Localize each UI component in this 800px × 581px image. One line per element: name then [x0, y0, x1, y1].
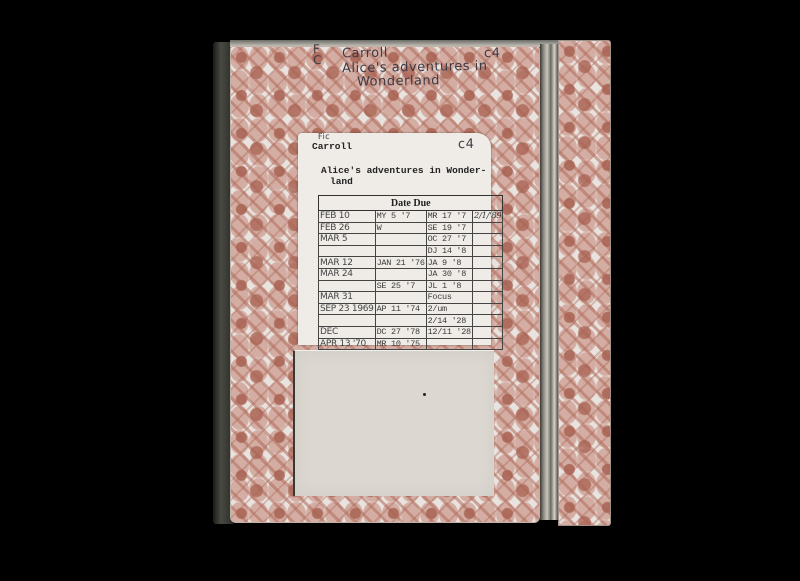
date-cell — [472, 315, 503, 327]
date-cell — [472, 222, 503, 234]
date-cell: SE 25 '7 — [375, 280, 426, 292]
date-cell — [472, 326, 503, 338]
date-due-header: Date Due — [319, 196, 503, 211]
date-cell: JA 30 '8 — [426, 268, 472, 280]
table-row: MAR 12JAN 21 '76JA 9 '8 — [319, 257, 503, 269]
inscription-call-number: c4 — [484, 46, 501, 61]
date-cell: FEB 10 — [319, 211, 376, 223]
date-cell — [472, 303, 503, 315]
date-cell — [375, 234, 426, 246]
table-row: FEB 26WSE 19 '7 — [319, 222, 503, 234]
date-cell: MAR 24 — [319, 268, 376, 280]
date-cell: 2/um — [426, 303, 472, 315]
card-title-line1: Alice's adventures in Wonder- — [321, 165, 486, 176]
table-row: FEB 10MY 5 '7MR 17 '72/1/'89 — [319, 211, 503, 223]
card-annotation: Fic — [318, 132, 330, 141]
date-cell: DJ 14 '8 — [426, 245, 472, 257]
date-cell: 2/14 '28 — [426, 315, 472, 327]
date-cell: W — [375, 222, 426, 234]
card-author: Carroll — [312, 141, 352, 152]
date-cell — [319, 280, 376, 292]
date-cell — [375, 245, 426, 257]
date-cell: 2/1/'89 — [472, 211, 503, 223]
table-row: MAR 5OC 27 '7 — [319, 234, 503, 246]
date-cell: MAR 31 — [319, 292, 376, 304]
date-cell — [472, 245, 503, 257]
date-due-table: Date Due FEB 10MY 5 '7MR 17 '72/1/'89 FE… — [318, 195, 503, 350]
date-cell: MAR 12 — [319, 257, 376, 269]
table-row: SE 25 '7JL 1 '8 — [319, 280, 503, 292]
ink-speck — [423, 393, 426, 396]
date-cell: AP 11 '74 — [375, 303, 426, 315]
date-cell: OC 27 '7 — [426, 234, 472, 246]
table-row: SEP 23 1969AP 11 '742/um — [319, 303, 503, 315]
date-cell: SEP 23 1969 — [319, 303, 376, 315]
date-cell — [472, 234, 503, 246]
date-cell — [375, 292, 426, 304]
date-cell: MAR 5 — [319, 234, 376, 246]
table-row: DJ 14 '8 — [319, 245, 503, 257]
date-cell: MR 10 '75 — [375, 338, 426, 350]
date-cell: APR 13 '70 — [319, 338, 376, 350]
table-row: MAR 31Focus — [319, 292, 503, 304]
inscription-author: Carroll — [342, 46, 388, 62]
date-cell: Focus — [426, 292, 472, 304]
table-row: DECDC 27 '7812/11 '28 — [319, 326, 503, 338]
table-row: 2/14 '28 — [319, 315, 503, 327]
book-gutter — [540, 44, 558, 520]
date-cell — [426, 338, 472, 350]
date-cell: MR 17 '7 — [426, 211, 472, 223]
facing-page-pattern — [558, 40, 611, 526]
date-cell — [472, 280, 503, 292]
date-cell: MY 5 '7 — [375, 211, 426, 223]
date-cell: JL 1 '8 — [426, 280, 472, 292]
date-cell: DC 27 '78 — [375, 326, 426, 338]
date-due-card: Fic Carroll c4 Alice's adventures in Won… — [298, 133, 491, 345]
date-cell — [472, 292, 503, 304]
card-pocket — [293, 350, 494, 496]
date-cell: SE 19 '7 — [426, 222, 472, 234]
date-cell — [375, 315, 426, 327]
date-cell: DEC — [319, 326, 376, 338]
date-cell: JA 9 '8 — [426, 257, 472, 269]
inscription-title-line2: Wonderland — [357, 73, 440, 89]
date-cell: FEB 26 — [319, 222, 376, 234]
card-call-number: c4 — [458, 137, 475, 152]
date-cell — [472, 338, 503, 350]
date-cell: JAN 21 '76 — [375, 257, 426, 269]
card-title-line2: land — [330, 176, 353, 187]
date-cell — [319, 245, 376, 257]
inscription-class-mark: F C — [313, 44, 322, 66]
date-cell — [472, 268, 503, 280]
date-cell: 12/11 '28 — [426, 326, 472, 338]
date-cell — [375, 268, 426, 280]
date-cell — [472, 257, 503, 269]
table-row: MAR 24JA 30 '8 — [319, 268, 503, 280]
table-row: APR 13 '70MR 10 '75 — [319, 338, 503, 350]
date-cell — [319, 315, 376, 327]
